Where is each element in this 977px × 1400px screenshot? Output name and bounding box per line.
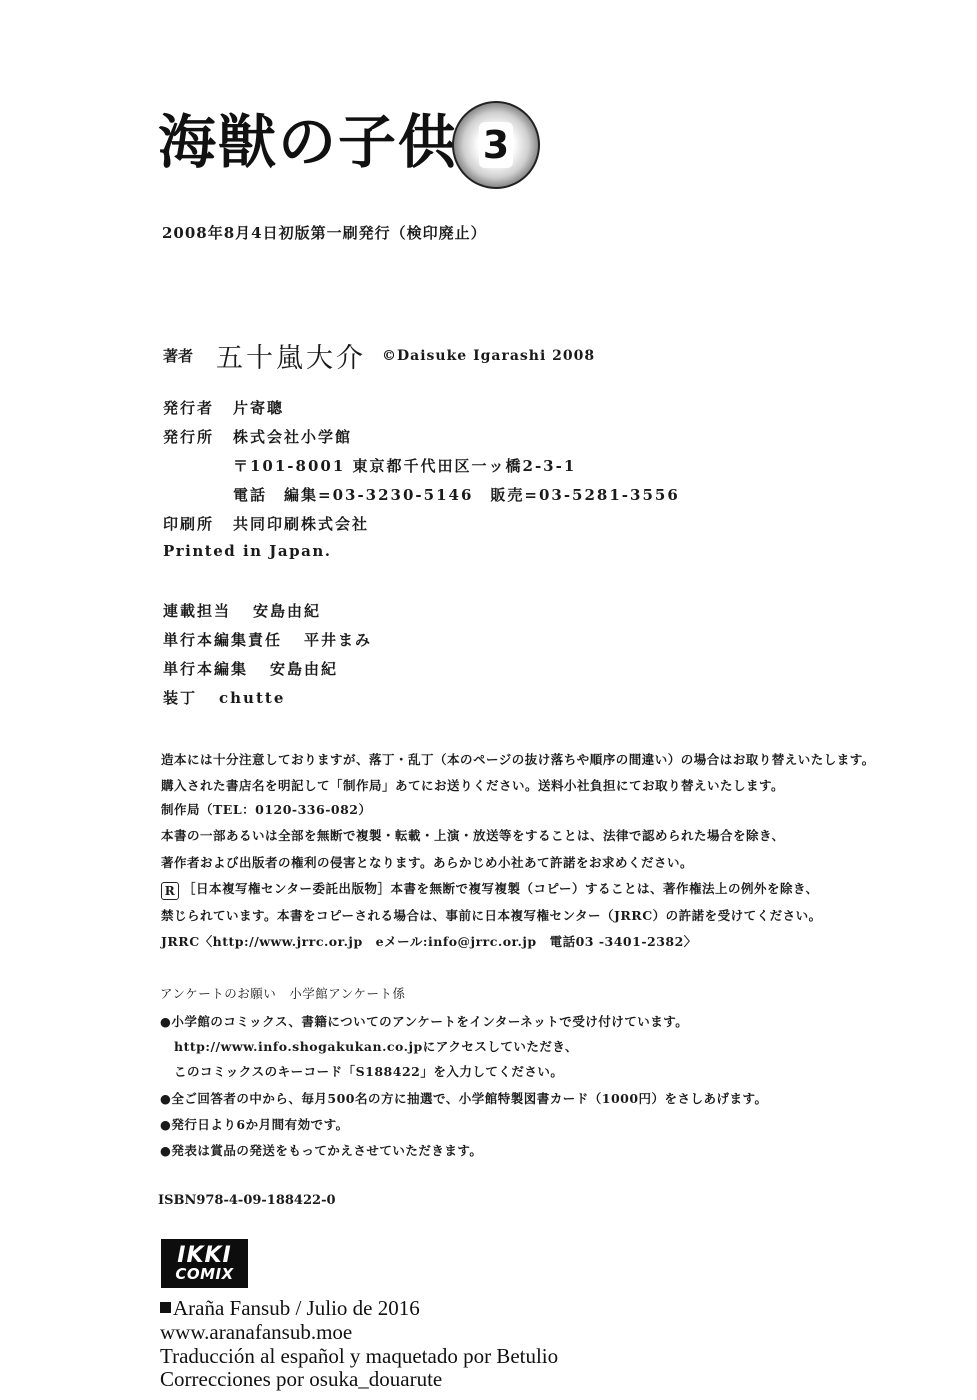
fansub-group-line: Araña Fansub / Julio de 2016 bbox=[160, 1296, 420, 1321]
staff-role: 連載担当 bbox=[163, 602, 231, 620]
isbn: ISBN978-4-09-188422-0 bbox=[158, 1193, 336, 1208]
printed-in-japan: Printed in Japan. bbox=[163, 542, 331, 560]
publisher-person-row: 発行者片寄聰 bbox=[163, 397, 284, 418]
notice-line: 禁じられています。本書をコピーされる場合は、事前に日本複写権センター（JRRC）… bbox=[161, 906, 822, 924]
staff-row: 単行本編集責任平井まみ bbox=[163, 629, 372, 650]
printer-row: 印刷所共同印刷株式会社 bbox=[163, 513, 369, 534]
staff-row: 連載担当安島由紀 bbox=[163, 600, 321, 621]
author-label: 著者 bbox=[163, 345, 193, 366]
ikki-comix-logo: IKKI COMIX bbox=[161, 1239, 248, 1288]
fansub-website: www.aranafansub.moe bbox=[160, 1320, 352, 1345]
staff-role: 装丁 bbox=[163, 689, 197, 707]
publisher-company: 株式会社小学館 bbox=[233, 428, 352, 446]
survey-heading: アンケートのお願い 小学館アンケート係 bbox=[160, 984, 406, 1002]
publisher-company-row: 発行所株式会社小学館 bbox=[163, 426, 352, 447]
printer-label: 印刷所 bbox=[163, 513, 233, 534]
publisher-person: 片寄聰 bbox=[233, 399, 284, 417]
corrections-credit: Correcciones por osuka_douarute bbox=[160, 1367, 442, 1392]
survey-line: ●発行日より6か月間有効です。 bbox=[160, 1115, 349, 1133]
square-bullet-icon bbox=[160, 1302, 171, 1313]
staff-role: 単行本編集責任 bbox=[163, 631, 282, 649]
r-mark-icon: R bbox=[161, 882, 179, 900]
survey-line: ●小学館のコミックス、書籍についてのアンケートをインターネットで受け付けています… bbox=[160, 1012, 688, 1030]
series-title: 海獣の子供 bbox=[158, 104, 458, 180]
translation-credit: Traducción al español y maquetado por Be… bbox=[160, 1344, 558, 1369]
staff-name: 安島由紀 bbox=[253, 602, 321, 620]
notice-line: 造本には十分注意しておりますが、落丁・乱丁（本のページの抜け落ちや順序の間違い）… bbox=[161, 750, 875, 768]
staff-name: 平井まみ bbox=[304, 631, 372, 649]
staff-row: 単行本編集安島由紀 bbox=[163, 658, 338, 679]
survey-line: ●発表は賞品の発送をもってかえさせていただきます。 bbox=[160, 1141, 482, 1159]
survey-url-line: http://www.info.shogakukan.co.jpにアクセスしてい… bbox=[174, 1037, 578, 1055]
staff-name: 安島由紀 bbox=[270, 660, 338, 678]
publisher-address: 〒101-8001 東京都千代田区一ッ橋2-3-1 bbox=[233, 455, 576, 476]
publisher-person-label: 発行者 bbox=[163, 397, 233, 418]
fansub-group: Araña Fansub / Julio de 2016 bbox=[173, 1296, 420, 1320]
staff-role: 単行本編集 bbox=[163, 660, 248, 678]
notice-line: 本書の一部あるいは全部を無断で複製・転載・上演・放送等をすることは、法律で認めら… bbox=[161, 826, 785, 844]
publisher-phone: 電話 編集=03-3230-5146 販売=03-5281-3556 bbox=[233, 484, 680, 505]
jrrc-contact: JRRC〈http://www.jrrc.or.jp eメール:info@jrr… bbox=[161, 932, 697, 950]
notice-line: 購入された書店名を明記して「制作局」あてにお送りください。送料小社負担にてお取り… bbox=[161, 776, 784, 794]
printer-name: 共同印刷株式会社 bbox=[233, 515, 369, 533]
staff-row: 装丁chutte bbox=[163, 687, 285, 708]
notice-line: 制作局（TEL：0120-336-082） bbox=[161, 800, 371, 818]
publication-date: 2008年8月4日初版第一刷発行（検印廃止） bbox=[162, 222, 487, 243]
volume-emblem: 3 bbox=[452, 101, 540, 189]
survey-keycode-line: このコミックスのキーコード「S188422」を入力してください。 bbox=[174, 1062, 563, 1080]
notice-line-jrrc: R［日本複写権センター委託出版物］本書を無断で複写複製（コピー）することは、著作… bbox=[161, 879, 819, 900]
logo-line-1: IKKI bbox=[177, 1245, 231, 1267]
logo-line-2: COMIX bbox=[175, 1267, 233, 1282]
notice-line: 著作者および出版者の権利の侵害となります。あらかじめ小社あて許諾をお求めください… bbox=[161, 853, 693, 871]
notice-text: ［日本複写権センター委託出版物］本書を無断で複写複製（コピー）することは、著作権… bbox=[183, 881, 819, 896]
staff-name: chutte bbox=[219, 689, 285, 707]
volume-number: 3 bbox=[479, 122, 513, 168]
publisher-company-label: 発行所 bbox=[163, 426, 233, 447]
copyright-notice: ©Daisuke Igarashi 2008 bbox=[382, 348, 595, 364]
survey-line: ●全ご回答者の中から、毎月500名の方に抽選で、小学館特製図書カード（1000円… bbox=[160, 1089, 768, 1107]
author-name: 五十嵐大介 bbox=[216, 336, 366, 375]
